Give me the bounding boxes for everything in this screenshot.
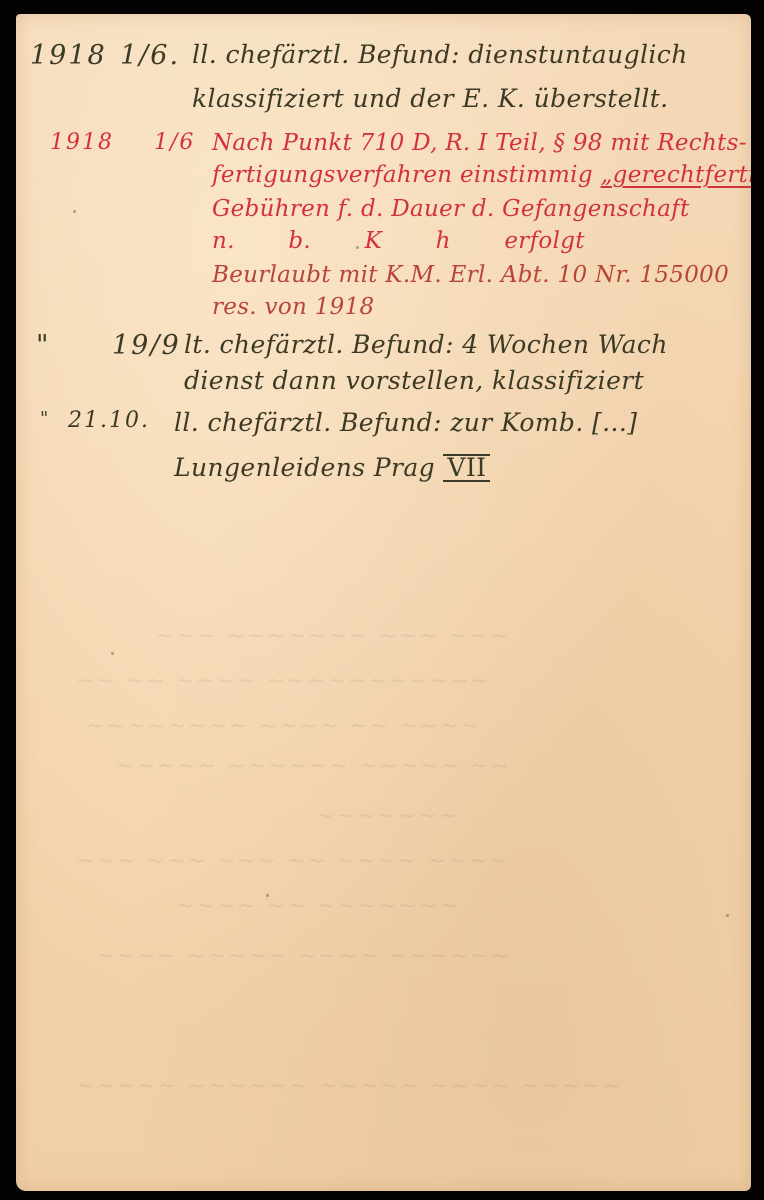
- entry-date: 19/9: [112, 332, 181, 359]
- show-through-text: ~~~~ ~~ ~~~~~~~: [176, 894, 460, 919]
- show-through-text: ~~ ~~ ~~~~ ~~~~~~~~~~~: [76, 669, 491, 694]
- paper-speck: [73, 210, 76, 213]
- entry-text-line: n. b. K h erfolgt: [212, 230, 585, 253]
- show-through-text: ~~~~ ~~~~~ ~~~~ ~~~~~~: [96, 944, 511, 969]
- entry-text-line: Lungenleidens Prag VII: [174, 454, 490, 482]
- entry-year: 1918: [50, 132, 114, 154]
- entry-date: 21.10.: [68, 410, 150, 432]
- show-through-text: ~~~~~~~: [316, 804, 459, 829]
- entry-text-fragment: Lungenleidens Prag: [174, 453, 435, 482]
- entry-text-line: Nach Punkt 710 D, R. I Teil, § 98 mit Re…: [212, 132, 747, 155]
- entry-year: ": [40, 410, 50, 428]
- entry-text-line: dienst dann vorstellen, klassifiziert: [184, 368, 644, 393]
- show-through-text: ~~~~~ ~~~~~~ ~~~~~ ~~~~ ~~~~~: [76, 1074, 623, 1099]
- entry-date: 1/6: [154, 132, 195, 154]
- entry-text-line: ll. chefärztl. Befund: dienstuntauglich: [192, 42, 688, 67]
- entry-text-line: klassifiziert und der E. K. überstellt.: [192, 86, 669, 111]
- entry-text-line: res. von 1918: [212, 296, 374, 319]
- show-through-text: ~~~ ~~~ ~~~ ~~ ~~~~ ~~~~: [76, 849, 509, 874]
- paper-speck: [266, 894, 269, 897]
- underlined-text: „gerechtfertigt“.: [600, 162, 751, 188]
- entry-text-line: Beurlaubt mit K.M. Erl. Abt. 10 Nr. 1550…: [212, 264, 729, 287]
- entry-text-fragment: fertigungsverfahren einstimmig: [212, 162, 593, 188]
- paper-speck: [726, 914, 729, 917]
- entry-year: 1918: [30, 42, 107, 69]
- roman-numeral-district: VII: [443, 454, 490, 482]
- record-card: ~~~ ~~~~~~~ ~~~ ~~~ ~~ ~~ ~~~~ ~~~~~~~~~…: [16, 14, 751, 1191]
- entry-year: ": [36, 332, 50, 359]
- entry-text-line: ll. chefärztl. Befund: zur Komb. [...]: [174, 410, 637, 435]
- entry-text-line: lt. chefärztl. Befund: 4 Wochen Wach: [184, 332, 668, 357]
- show-through-text: ~~~~~~~~ ~~~~ ~~ ~~~~: [86, 714, 481, 739]
- paper-speck: [111, 652, 114, 655]
- show-through-text: ~~~ ~~~~~~~ ~~~ ~~~: [156, 624, 510, 649]
- entry-text-line: fertigungsverfahren einstimmig „gerechtf…: [212, 164, 751, 187]
- show-through-text: ~~~~~ ~~~~~~ ~~~~~ ~~: [116, 754, 511, 779]
- entry-text-line: Gebühren f. d. Dauer d. Gefangenschaft: [212, 198, 690, 221]
- entry-date: 1/6.: [120, 42, 180, 69]
